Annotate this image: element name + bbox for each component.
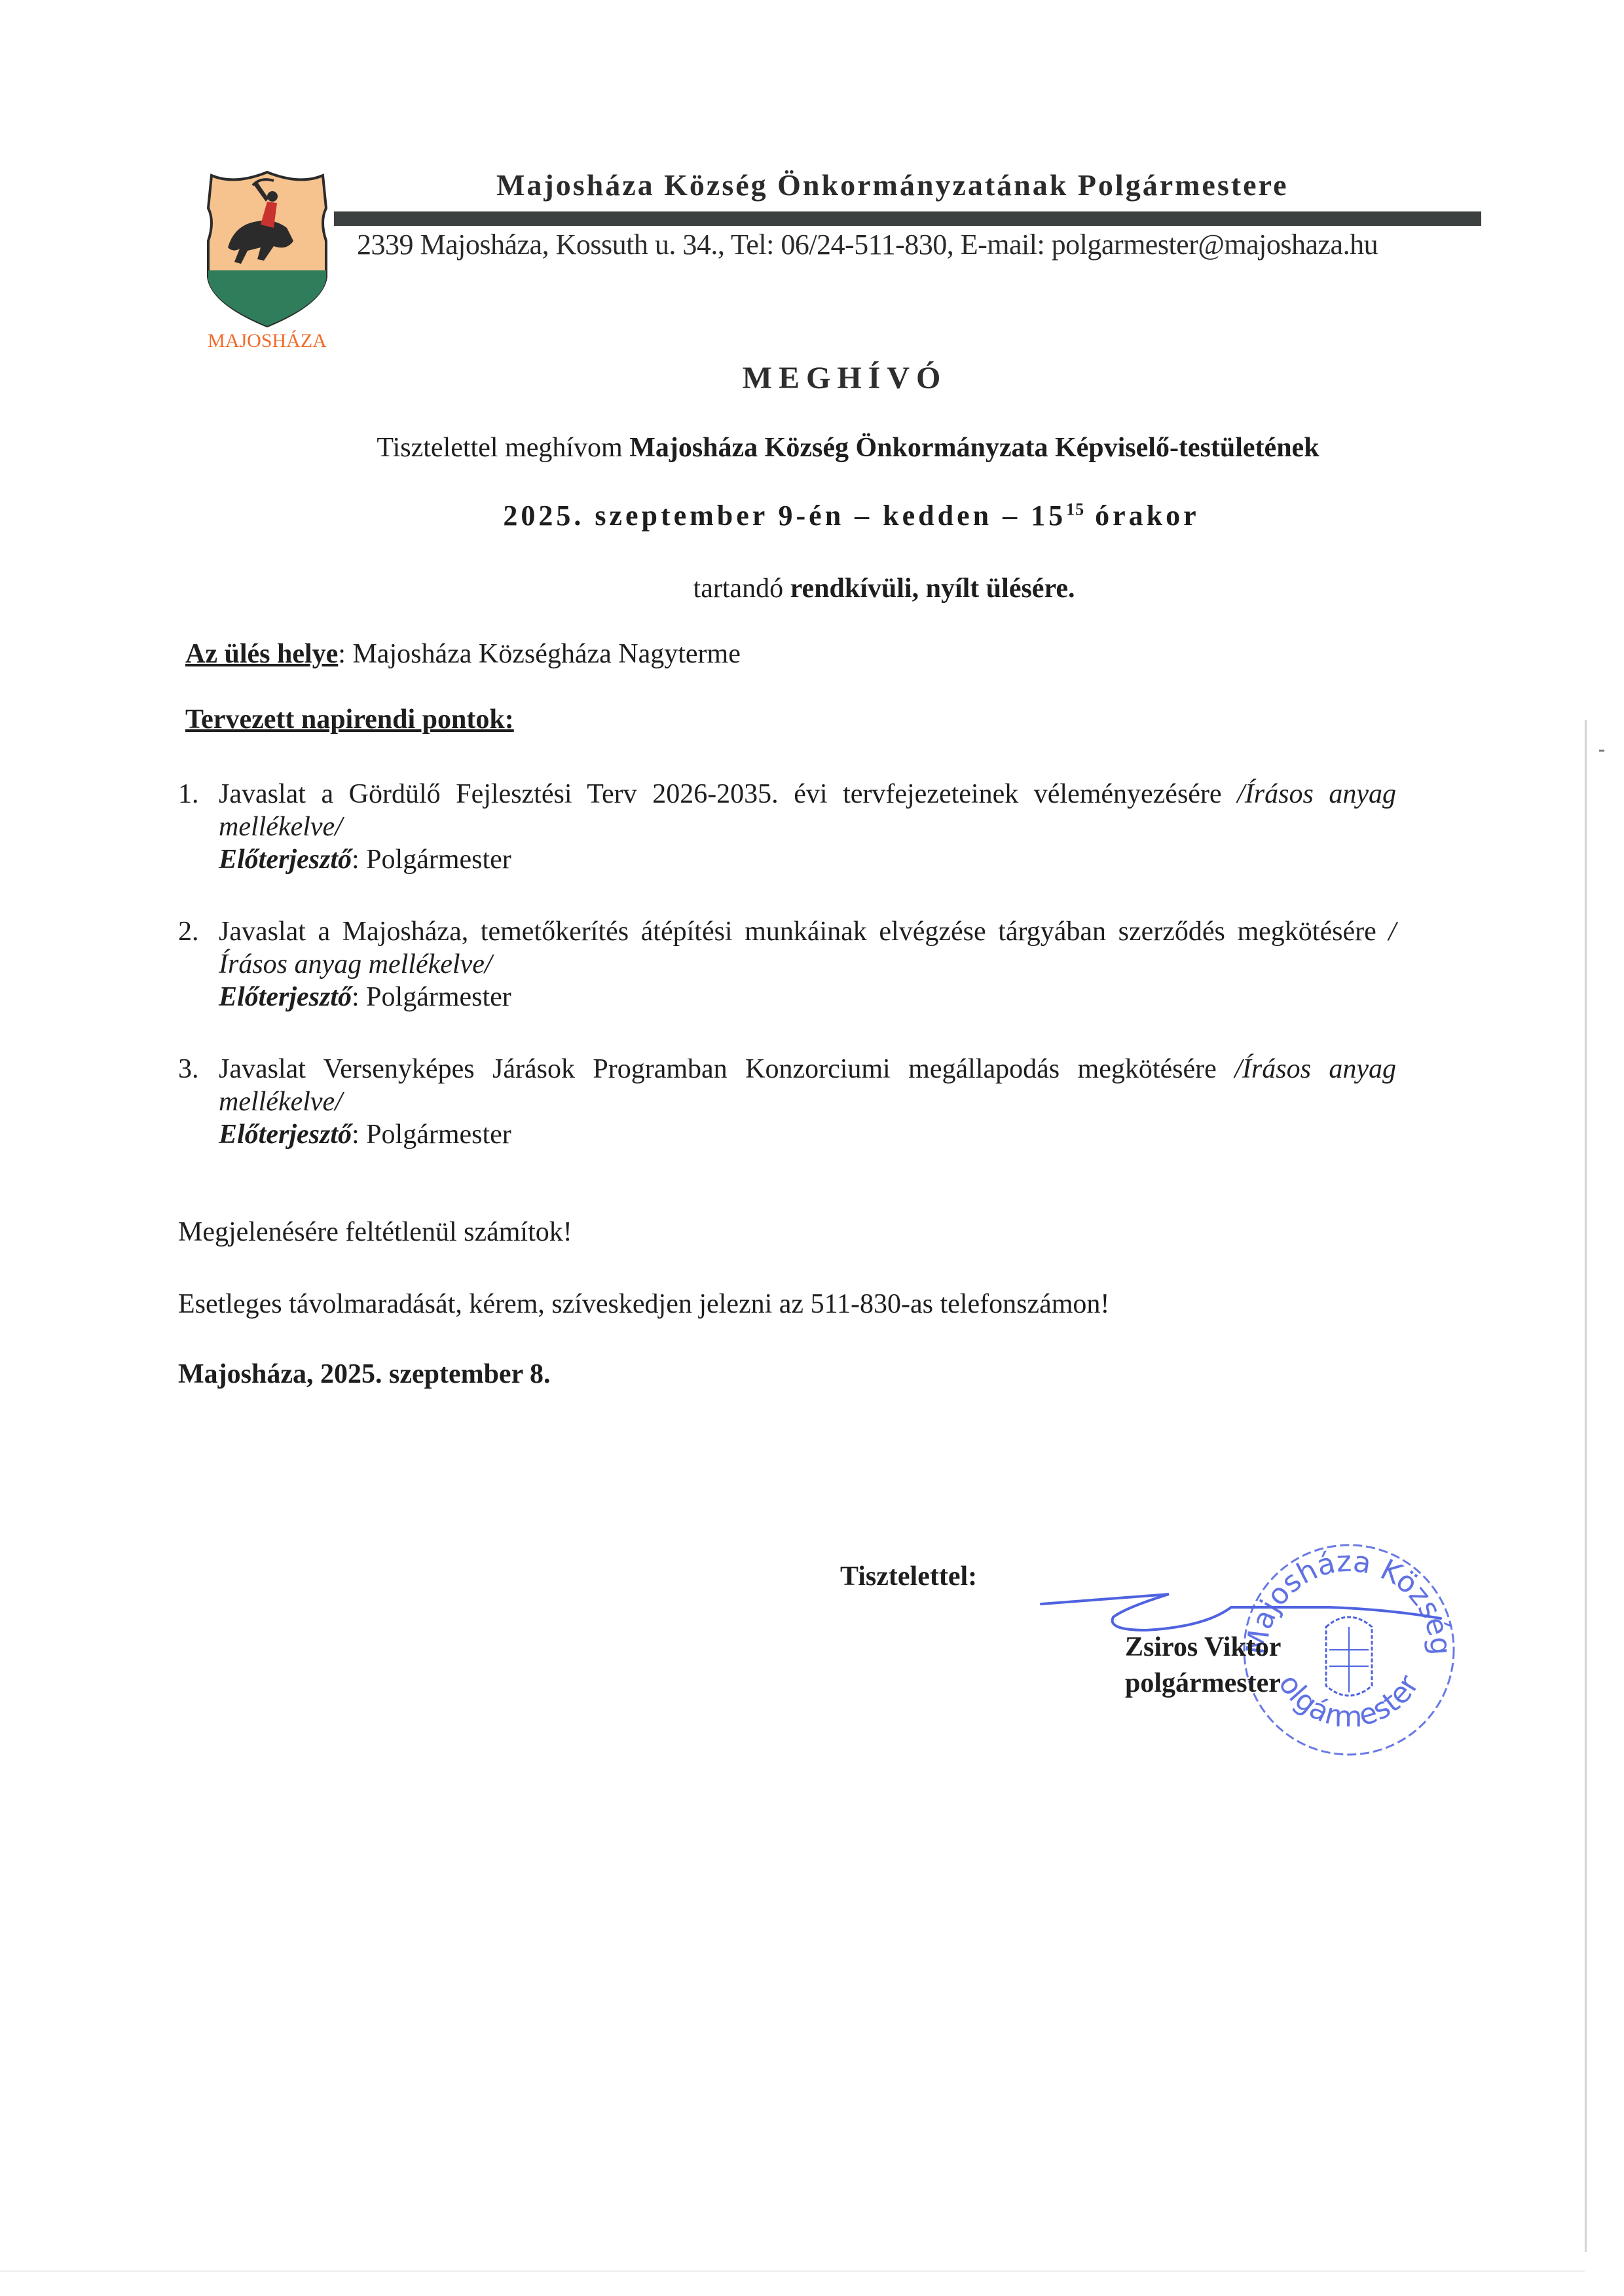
meeting-place-label: Az ülés helye <box>185 639 338 669</box>
meeting-place-value: : Majosháza Községháza Nagyterme <box>338 639 741 669</box>
scan-edge-mark <box>1599 750 1604 752</box>
regards-label: Tisztelettel: <box>840 1561 977 1592</box>
meeting-time-suffix: órakor <box>1084 500 1200 532</box>
agenda-item-presenter: Előterjesztő: Polgármester <box>219 1118 1396 1151</box>
presenter-value: : Polgármester <box>352 982 511 1012</box>
letterhead-contact: 2339 Majosháza, Kossuth u. 34., Tel: 06/… <box>357 228 1378 261</box>
letterhead-divider <box>334 211 1481 226</box>
invitation-body-name: Majosháza Község Önkormányzata Képviselő… <box>629 433 1319 463</box>
agenda-heading: Tervezett napirendi pontok: <box>185 704 514 735</box>
meeting-place: Az ülés helye: Majosháza Községháza Nagy… <box>185 638 741 670</box>
meeting-date: 2025. szeptember 9-én – kedden – 15 <box>503 500 1066 532</box>
meeting-datetime: 2025. szeptember 9-én – kedden – 1515 ór… <box>0 499 1624 532</box>
municipality-coat-of-arms: MAJOSHÁZA <box>195 162 339 352</box>
scan-edge-line <box>1585 720 1587 2252</box>
invitation-line: Tisztelettel meghívom Majosháza Község Ö… <box>0 432 1624 464</box>
agenda-item: 1. Javaslat a Gördülő Fejlesztési Terv 2… <box>178 778 1396 876</box>
svg-text:MAJOSHÁZA: MAJOSHÁZA <box>208 330 327 352</box>
signer-title: polgármester <box>1125 1667 1281 1699</box>
presenter-label: Előterjesztő <box>219 982 352 1012</box>
letterhead-title: Majosháza Község Önkormányzatának Polgár… <box>496 168 1289 202</box>
document-date-place: Majosháza, 2025. szeptember 8. <box>178 1358 550 1390</box>
agenda-item-presenter: Előterjesztő: Polgármester <box>219 981 1396 1013</box>
invitation-text: Tisztelettel meghívom <box>377 433 629 463</box>
meeting-minutes: 15 <box>1066 500 1084 519</box>
agenda-item-number: 1. <box>178 778 217 811</box>
agenda-item-text: Javaslat a Majosháza, temetőkerítés átép… <box>219 917 1388 947</box>
meeting-type-line: tartandó rendkívüli, nyílt ülésére. <box>0 573 1624 604</box>
agenda-item: 3. Javaslat Versenyképes Járások Program… <box>178 1053 1396 1151</box>
closing-expectation: Megjelenésére feltétlenül számítok! <box>178 1216 572 1248</box>
presenter-value: : Polgármester <box>352 845 511 875</box>
agenda-item-text: Javaslat Versenyképes Járások Programban… <box>219 1054 1234 1084</box>
agenda-item-number: 3. <box>178 1053 217 1085</box>
signer-name: Zsiros Viktor <box>1125 1631 1281 1663</box>
meeting-type: rendkívüli, nyílt ülésére. <box>790 574 1075 604</box>
scan-bottom-line <box>0 2270 1585 2272</box>
coat-of-arms-icon: MAJOSHÁZA <box>195 162 339 352</box>
presenter-label: Előterjesztő <box>219 1120 352 1150</box>
agenda-item: 2. Javaslat a Majosháza, temetőkerítés á… <box>178 915 1396 1013</box>
closing-absence-notice: Esetleges távolmaradását, kérem, szívesk… <box>178 1288 1109 1320</box>
presenter-label: Előterjesztő <box>219 845 352 875</box>
meeting-type-prefix: tartandó <box>693 574 790 604</box>
agenda-item-text: Javaslat a Gördülő Fejlesztési Terv 2026… <box>219 779 1237 809</box>
agenda-item-number: 2. <box>178 915 217 948</box>
presenter-value: : Polgármester <box>352 1120 511 1150</box>
agenda-item-presenter: Előterjesztő: Polgármester <box>219 843 1396 876</box>
document-title: MEGHÍVÓ <box>0 360 1624 396</box>
